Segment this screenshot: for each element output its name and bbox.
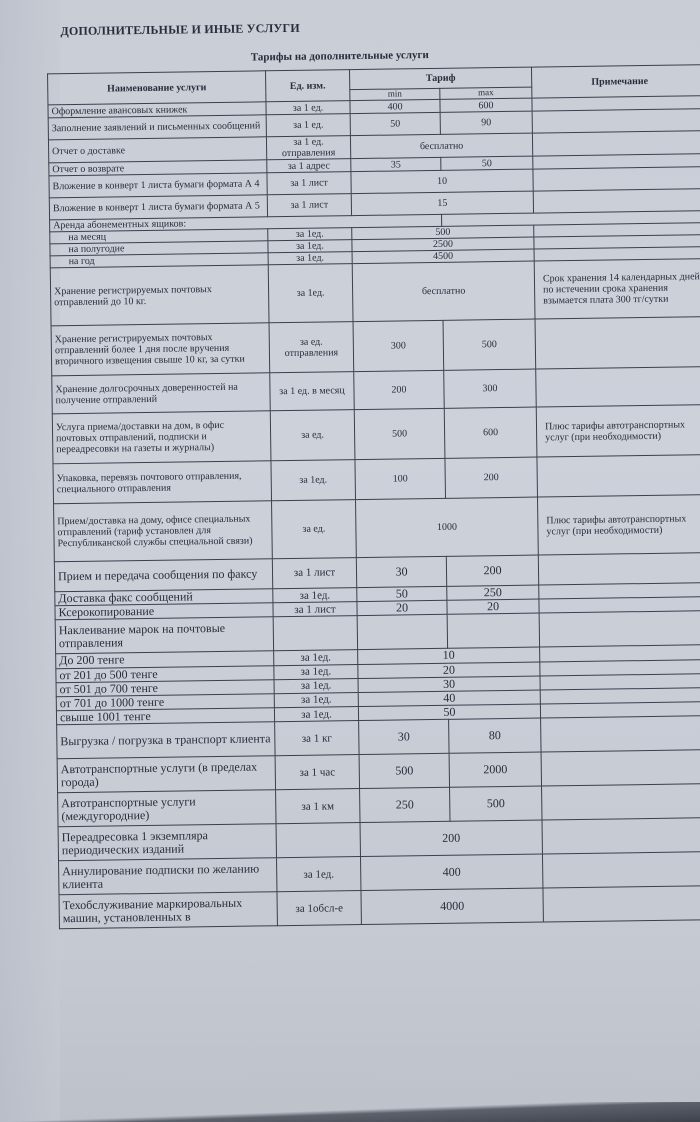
tariff-value-cell: 4000 xyxy=(361,888,543,925)
tariff-value-cell: бесплатно xyxy=(350,133,532,159)
tariff-value-cell: 200 xyxy=(360,820,542,857)
note-cell xyxy=(532,131,700,156)
unit-cell: за 1ед. xyxy=(271,460,356,501)
tariff-max-cell xyxy=(447,613,539,648)
tariff-max-cell: 250 xyxy=(447,585,539,600)
header-tariff: Тариф xyxy=(350,67,532,90)
service-name-cell: Хранение регистрируемых почтовых отправл… xyxy=(50,265,269,326)
tariff-max-cell: 600 xyxy=(440,98,532,112)
tariff-min-cell: 250 xyxy=(360,788,450,823)
tariff-min-cell: 100 xyxy=(355,458,446,499)
tariff-min-cell: 50 xyxy=(350,112,440,135)
service-name-cell: Хранение долгосрочных доверенностей на п… xyxy=(52,373,271,414)
note-cell xyxy=(539,611,700,647)
header-service: Наименование услуги xyxy=(48,71,266,105)
tariff-min-cell: 500 xyxy=(354,408,445,459)
service-name-cell: Отчет о доставке xyxy=(48,137,266,163)
unit-cell: за 1ед. xyxy=(274,707,358,722)
service-name-cell: Техобслуживание маркировальных машин, ус… xyxy=(59,892,277,929)
table-row: Прием/доставка на дому, офисе специальны… xyxy=(54,495,700,562)
table-body-upper: Оформление авансовых книжекза 1 ед.40060… xyxy=(48,96,700,562)
unit-cell: за 1ед. xyxy=(274,650,358,665)
tariff-max-cell: 80 xyxy=(449,718,541,753)
unit-cell: за 1 ед. xyxy=(266,101,350,115)
unit-cell: за 1 ед. xyxy=(266,114,350,137)
tariff-min-cell: 30 xyxy=(359,720,449,755)
service-name-cell: Вложение в конверт 1 листа бумаги формат… xyxy=(49,173,267,198)
tariff-min-cell: 500 xyxy=(359,754,449,789)
tariff-value-cell: 1000 xyxy=(356,497,539,558)
tariff-max-cell: 90 xyxy=(440,111,532,134)
unit-cell: за 1 лист xyxy=(272,558,356,589)
tariff-min-cell: 20 xyxy=(357,601,447,616)
tariff-max-cell: 50 xyxy=(441,156,533,170)
unit-cell: за 1 час xyxy=(275,755,359,790)
tariff-value-cell: 400 xyxy=(360,854,542,891)
note-cell xyxy=(538,553,700,585)
note-cell xyxy=(541,716,700,752)
note-cell xyxy=(533,167,700,191)
unit-cell: за 1ед. xyxy=(268,264,353,323)
tariff-max-cell: 600 xyxy=(444,407,537,458)
table-row: Хранение регистрируемых почтовых отправл… xyxy=(51,317,700,376)
service-name-cell: Автотранспортные услуги (междугородние) xyxy=(58,790,276,827)
note-cell xyxy=(542,852,700,888)
note-cell xyxy=(543,886,700,922)
unit-cell: за 1 адрес xyxy=(267,159,351,173)
unit-cell: за 1 лист xyxy=(267,194,351,217)
service-name-cell: Наклеивание марок на почтовые отправлени… xyxy=(55,617,273,654)
unit-cell xyxy=(273,616,357,651)
unit-cell: за 1 км xyxy=(276,789,360,824)
service-name-cell: Упаковка, перевязь почтового отправления… xyxy=(53,461,272,504)
tariff-value-cell: 10 xyxy=(351,169,533,194)
note-cell: Плюс тарифы автотранспортных услуг (при … xyxy=(536,405,700,457)
service-name-cell: Выгрузка / погрузка в транспорт клиента xyxy=(57,722,275,759)
unit-cell: за 1 лист xyxy=(267,172,351,195)
service-name-cell: Вложение в конверт 1 листа бумаги формат… xyxy=(49,195,267,220)
section-title: ДОПОЛНИТЕЛЬНЫЕ И ИНЫЕ УСЛУГИ xyxy=(60,21,300,39)
tariff-min-cell: 200 xyxy=(354,370,445,409)
service-name-cell: Прием и передача сообщения по факсу xyxy=(54,559,272,592)
tariff-max-cell: 200 xyxy=(446,555,538,586)
unit-cell: за ед. отправления xyxy=(269,322,354,373)
note-cell xyxy=(542,818,700,854)
unit-cell: за 1 ед. отправления xyxy=(266,136,350,160)
unit-cell: за 1обсл-е xyxy=(277,891,361,926)
note-cell xyxy=(541,750,700,786)
tariff-max-cell: 20 xyxy=(447,599,539,614)
table-body-lower: Прием и передача сообщения по факсуза 1 … xyxy=(54,553,700,929)
tariff-min-cell: 50 xyxy=(357,586,447,601)
note-cell xyxy=(535,317,700,369)
tariff-max-cell: 200 xyxy=(445,457,538,498)
tariff-min-cell: 35 xyxy=(351,157,441,171)
table-row: Услуга приема/доставки на дом, в офис по… xyxy=(52,405,700,464)
service-name-cell: Прием/доставка на дому, офисе специальны… xyxy=(54,501,273,562)
unit-cell: за 1 ед. в месяц xyxy=(270,372,355,411)
unit-cell: за ед. xyxy=(272,500,357,559)
unit-cell: за 1ед. xyxy=(277,857,361,892)
tariff-max-cell: 2000 xyxy=(449,752,541,787)
unit-cell: за 1 кг xyxy=(275,721,359,756)
unit-cell: за 1ед. xyxy=(274,693,358,708)
tariff-max-cell: 300 xyxy=(444,369,537,408)
header-unit: Ед. изм. xyxy=(266,70,350,102)
table-caption: Тарифы на дополнительные услуги xyxy=(251,49,429,63)
unit-cell xyxy=(276,823,360,858)
unit-cell: за 1ед. xyxy=(274,678,358,693)
service-name-cell: Автотранспортные услуги (в пределах горо… xyxy=(57,756,275,793)
tariff-min-cell: 30 xyxy=(356,556,446,587)
note-cell xyxy=(536,367,700,407)
tariff-value-cell: 15 xyxy=(351,191,533,216)
note-cell xyxy=(542,784,700,820)
tariff-min-cell: 400 xyxy=(350,99,440,113)
tariff-max-cell: 500 xyxy=(450,786,542,821)
tariff-value-cell: бесплатно xyxy=(352,261,535,322)
tariff-min-cell xyxy=(357,615,447,650)
tariff-table: Наименование услуги Ед. изм. Тариф Приме… xyxy=(47,64,700,929)
table-row: Хранение регистрируемых почтовых отправл… xyxy=(50,259,700,326)
header-note: Примечание xyxy=(532,65,700,98)
note-cell xyxy=(532,109,700,133)
service-name-cell: Аннулирование подписки по желанию клиент… xyxy=(59,858,277,895)
unit-cell: за 1ед. xyxy=(273,588,357,603)
unit-cell: за 1ед. xyxy=(274,664,358,679)
unit-cell: за ед. xyxy=(270,410,355,461)
note-cell: Срок хранения 14 календарных дней, по ис… xyxy=(534,259,700,319)
service-name-cell: Услуга приема/доставки на дом, в офис по… xyxy=(52,411,271,464)
document-page: ДОПОЛНИТЕЛЬНЫЕ И ИНЫЕ УСЛУГИ Тарифы на д… xyxy=(0,0,700,1100)
note-cell xyxy=(537,455,700,497)
note-cell: Плюс тарифы автотранспортных услуг (при … xyxy=(538,495,700,555)
bottom-shadow xyxy=(0,1102,700,1122)
tariff-max-cell: 500 xyxy=(443,319,536,370)
service-name-cell: Заполнение заявлений и письменных сообще… xyxy=(48,115,266,140)
note-cell xyxy=(533,189,700,213)
service-name-cell: Хранение регистрируемых почтовых отправл… xyxy=(51,323,270,376)
tariff-min-cell: 300 xyxy=(353,320,444,371)
unit-cell: за 1 лист xyxy=(273,602,357,617)
service-name-cell: Переадресовка 1 экземпляра периодических… xyxy=(58,824,276,861)
